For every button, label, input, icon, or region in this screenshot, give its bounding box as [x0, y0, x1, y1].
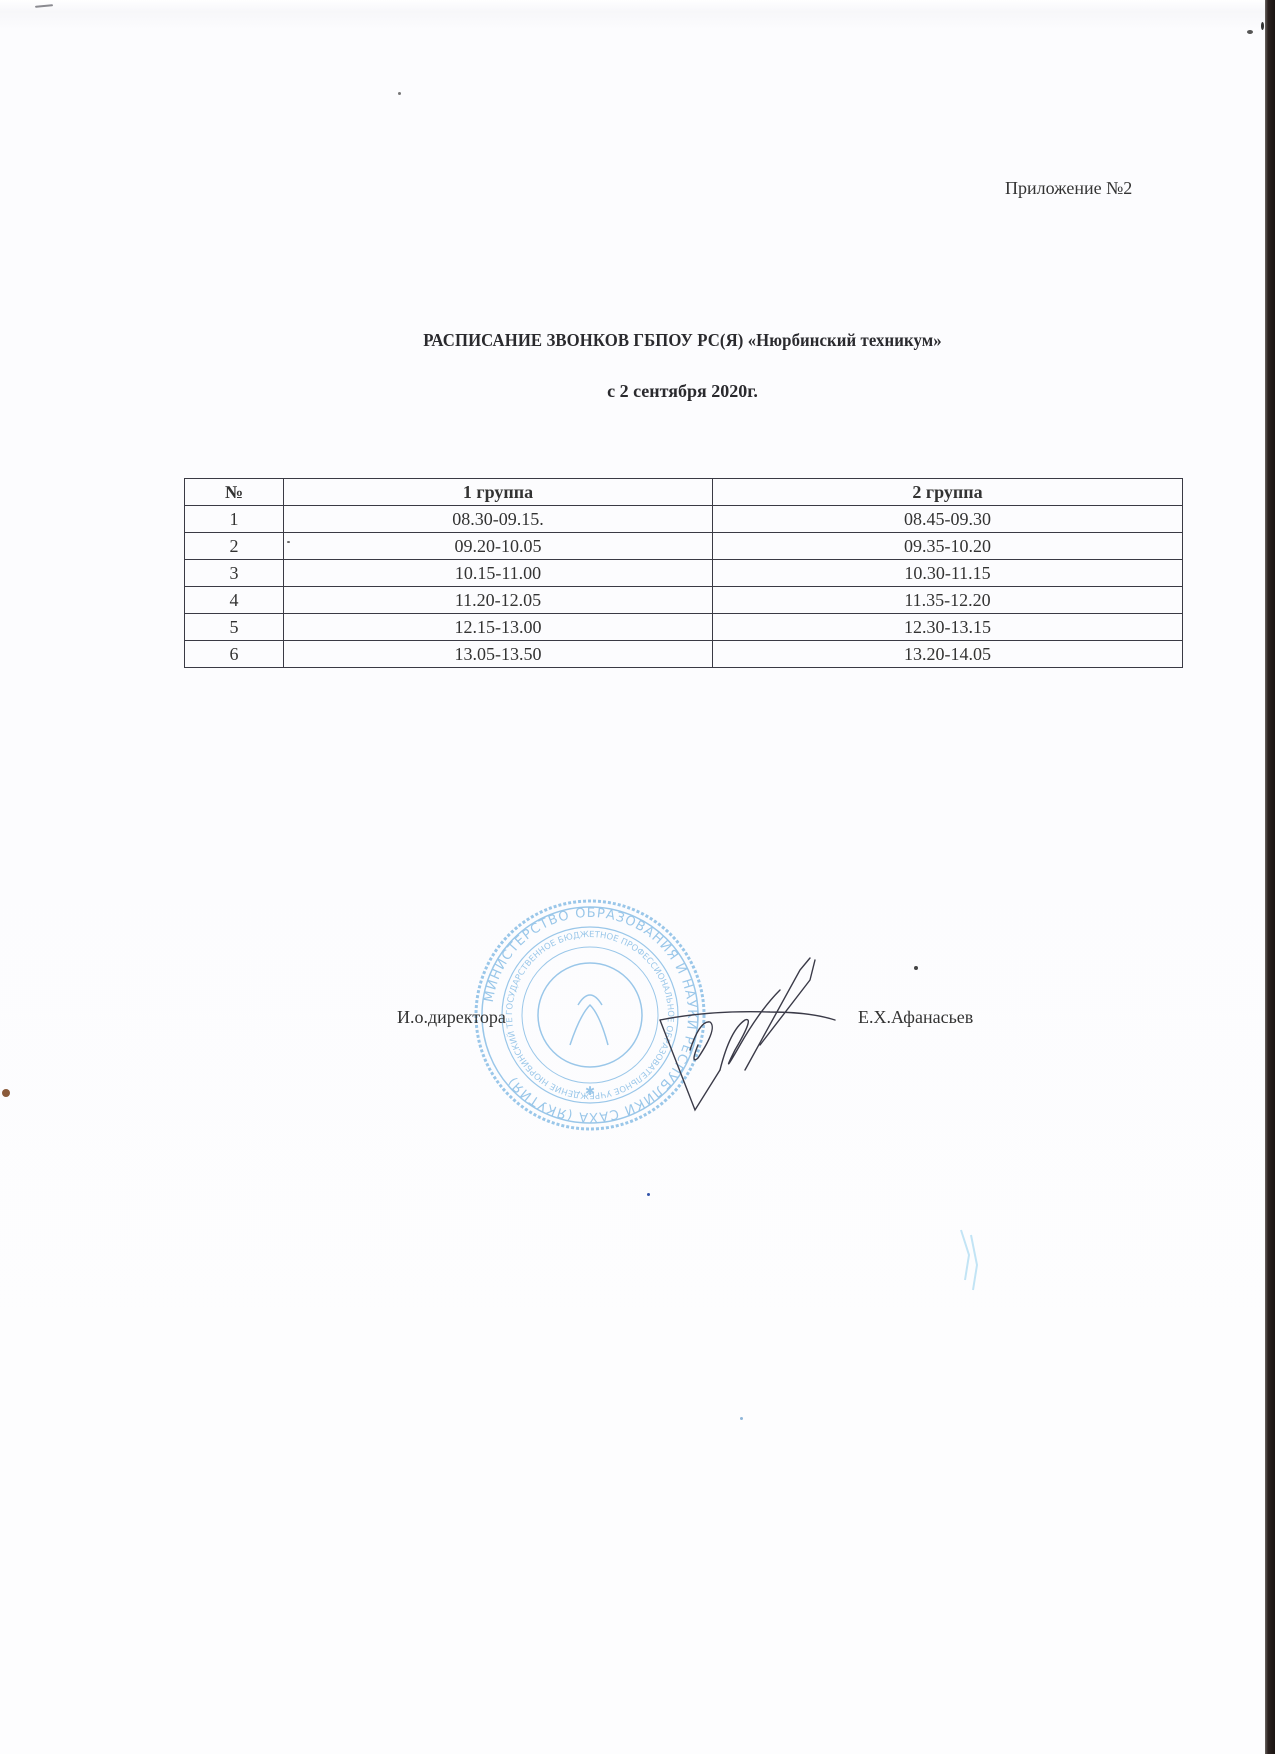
group-2-time: 09.35-10.20 — [713, 533, 1183, 560]
signatory-position: И.о.директора — [397, 1007, 506, 1028]
svg-text:✱: ✱ — [585, 1084, 595, 1098]
group-1-time: 09.20-10.05 — [284, 533, 713, 560]
handwritten-signature — [650, 950, 840, 1120]
header-group-2: 2 группа — [713, 479, 1183, 506]
group-1-time: 13.05-13.50 — [284, 641, 713, 668]
table-header-row: № 1 группа 2 группа — [185, 479, 1183, 506]
group-2-time: 12.30-13.15 — [713, 614, 1183, 641]
scan-edge-shadow — [1265, 0, 1275, 1754]
table-row: 108.30-09.15.08.45-09.30 — [185, 506, 1183, 533]
lesson-number: 5 — [185, 614, 284, 641]
header-number: № — [185, 479, 284, 506]
group-2-time: 08.45-09.30 — [713, 506, 1183, 533]
document-subtitle: с 2 сентября 2020г. — [0, 381, 1275, 402]
group-1-time: 12.15-13.00 — [284, 614, 713, 641]
group-2-time: 11.35-12.20 — [713, 587, 1183, 614]
lesson-number: 3 — [185, 560, 284, 587]
lesson-number: 1 — [185, 506, 284, 533]
bell-schedule-table: № 1 группа 2 группа 108.30-09.15.08.45-0… — [184, 478, 1183, 668]
group-2-time: 13.20-14.05 — [713, 641, 1183, 668]
table-row: 613.05-13.5013.20-14.05 — [185, 641, 1183, 668]
signatory-name: Е.Х.Афанасьев — [858, 1007, 973, 1028]
header-group-1: 1 группа — [284, 479, 713, 506]
scanned-page — [0, 0, 1265, 1754]
lesson-number: 2 — [185, 533, 284, 560]
table-row: 310.15-11.0010.30-11.15 — [185, 560, 1183, 587]
ink-bleed-mark — [955, 1225, 985, 1295]
lesson-number: 4 — [185, 587, 284, 614]
group-2-time: 10.30-11.15 — [713, 560, 1183, 587]
document-title: РАСПИСАНИЕ ЗВОНКОВ ГБПОУ РС(Я) «Нюрбинск… — [48, 330, 1275, 351]
table-row: 411.20-12.0511.35-12.20 — [185, 587, 1183, 614]
group-1-time: 11.20-12.05 — [284, 587, 713, 614]
appendix-label: Приложение №2 — [1005, 178, 1132, 199]
lesson-number: 6 — [185, 641, 284, 668]
group-1-time: 10.15-11.00 — [284, 560, 713, 587]
table-row: 209.20-10.0509.35-10.20 — [185, 533, 1183, 560]
group-1-time: 08.30-09.15. — [284, 506, 713, 533]
table-row: 512.15-13.0012.30-13.15 — [185, 614, 1183, 641]
